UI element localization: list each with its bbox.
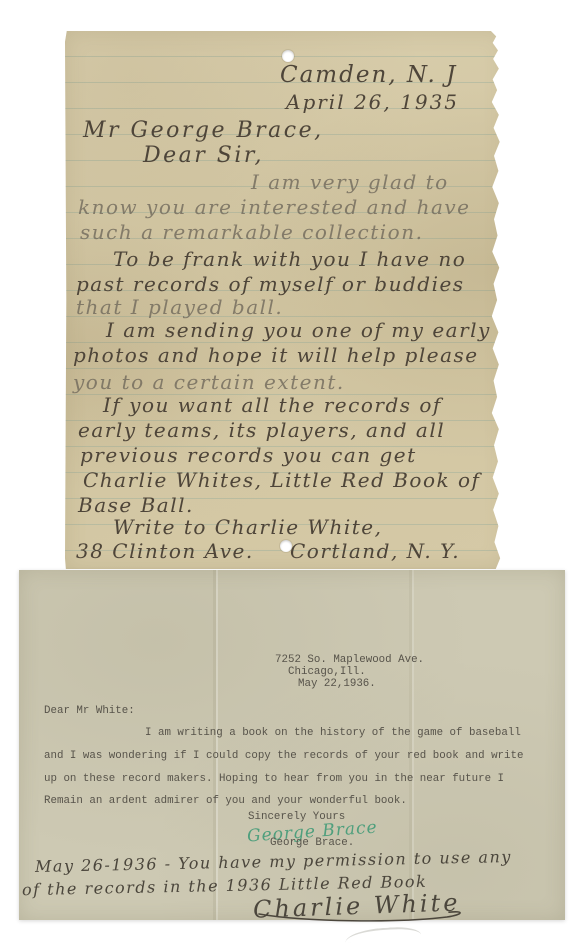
photo-canvas: Camden, N. J April 26, 1935 Mr George Br… [0, 0, 580, 950]
typed-signature-name: George Brace. [270, 838, 354, 849]
handwritten-line: To be frank with you I have no [113, 249, 466, 269]
handwritten-address-left: 38 Clinton Ave. [76, 541, 254, 561]
handwritten-salutation: Dear Sir, [143, 145, 264, 167]
punch-hole-top [282, 50, 294, 62]
handwritten-letter: Camden, N. J April 26, 1935 Mr George Br… [65, 31, 505, 569]
handwritten-line: that I played ball. [76, 297, 283, 317]
typed-salutation: Dear Mr White: [44, 706, 135, 717]
typed-body-line: up on these record makers. Hoping to hea… [44, 774, 504, 785]
handwritten-line: early teams, its players, and all [78, 420, 445, 440]
handwritten-line: past records of myself or buddies [76, 274, 465, 294]
handwritten-line: I am very glad to [251, 172, 449, 192]
typed-address-line: 7252 So. Maplewood Ave. [275, 655, 424, 666]
handwritten-line: know you are interested and have [78, 197, 471, 217]
typed-address-line: May 22,1936. [298, 679, 376, 690]
handwritten-line: I am sending you one of my early [106, 320, 491, 340]
typed-body-line: and I was wondering if I could copy the … [44, 751, 523, 762]
handwritten-line: Base Ball. [78, 495, 194, 515]
handwritten-line: previous records you can get [80, 445, 417, 465]
handwritten-address-right: Cortland, N. Y. [290, 541, 460, 561]
handwritten-date: April 26, 1935 [286, 92, 459, 112]
typed-body-line: I am writing a book on the history of th… [145, 728, 521, 739]
handwritten-place: Camden, N. J [280, 64, 457, 87]
handwritten-line: Write to Charlie White, [113, 517, 383, 537]
handwritten-recipient: Mr George Brace, [83, 120, 324, 142]
typed-body-line: Remain an ardent admirer of you and your… [44, 796, 407, 807]
handwritten-line: you to a certain extent. [73, 372, 345, 392]
signature-flourish-icon [257, 910, 469, 924]
pencil-mark [345, 925, 422, 942]
handwritten-line: Charlie Whites, Little Red Book of [83, 470, 480, 490]
handwritten-line: such a remarkable collection. [80, 222, 423, 242]
typed-address-line: Chicago,Ill. [288, 667, 366, 678]
handwritten-line: photos and hope it will help please [73, 345, 479, 365]
typed-letter: 7252 So. Maplewood Ave. Chicago,Ill. May… [19, 570, 565, 920]
postscript-line: May 26-1936 - You have my permission to … [35, 847, 512, 876]
handwritten-line: If you want all the records of [103, 395, 442, 415]
